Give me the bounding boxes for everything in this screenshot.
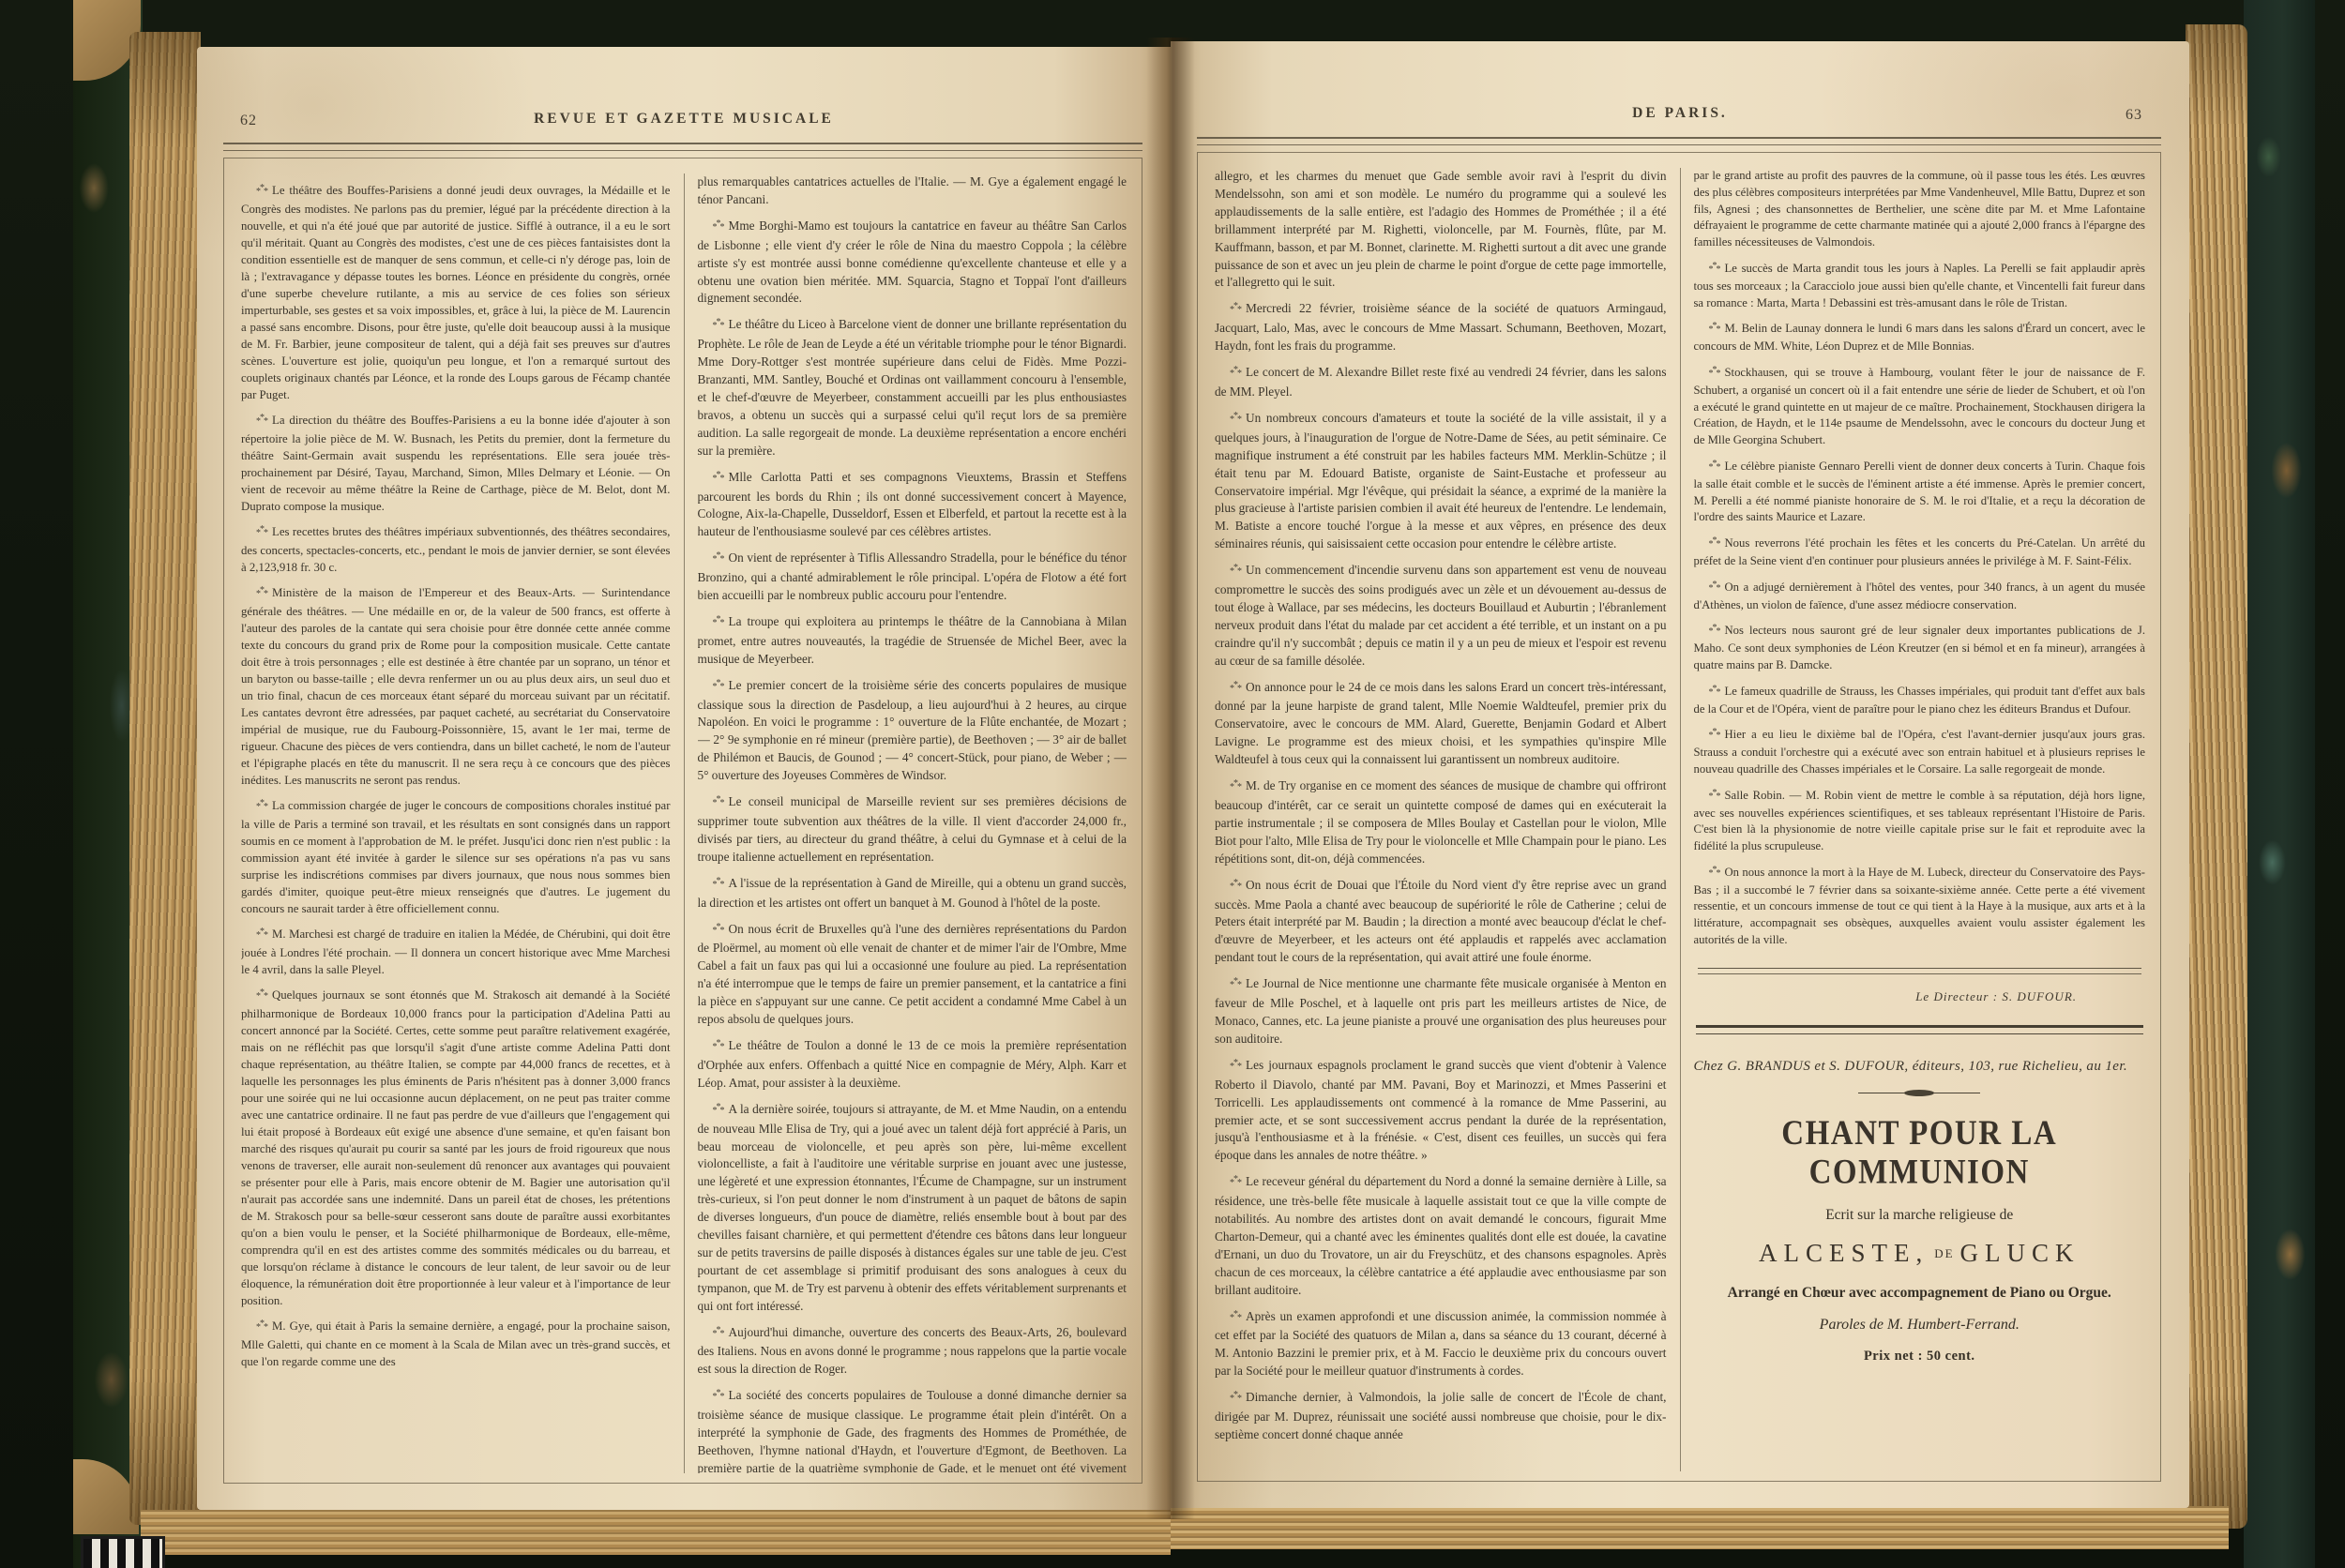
asterism-mark: *** — [713, 798, 724, 808]
asterism-mark: *** — [1230, 684, 1241, 694]
paragraph: ***La troupe qui exploitera au printemps… — [698, 605, 1127, 669]
paragraph: ***Ministère de la maison de l'Empereur … — [241, 576, 671, 789]
paragraph: ***On annonce pour le 24 de ce mois dans… — [1215, 671, 1667, 770]
page-edges-right — [2186, 24, 2247, 1529]
asterism-mark: *** — [1230, 1062, 1241, 1072]
director-signature: Le Directeur : S. DUFOUR. — [1694, 989, 2146, 1004]
paragraph: ***Le succès de Marta grandit tous les j… — [1694, 251, 2146, 311]
paragraph: ***On nous écrit de Douai que l'Étoile d… — [1215, 868, 1667, 968]
page-right: DE PARIS. 63 allegro, et les charmes du … — [1171, 41, 2189, 1508]
paragraph: ***On nous écrit de Bruxelles qu'à l'une… — [698, 912, 1127, 1029]
head-rule-right — [1197, 137, 2161, 145]
asterism-mark: *** — [1709, 626, 1720, 637]
asterism-mark: *** — [713, 222, 724, 233]
asterism-mark: *** — [1230, 369, 1241, 379]
paragraph: ***Nos lecteurs nous sauront gré de leur… — [1694, 613, 2146, 673]
page-edges-bottom-right — [1171, 1506, 2229, 1549]
asterism-mark: *** — [1230, 1178, 1241, 1188]
paragraph: ***Aujourd'hui dimanche, ouverture des c… — [698, 1316, 1127, 1380]
asterism-mark: *** — [1709, 792, 1720, 802]
asterism-mark: *** — [713, 1392, 724, 1402]
column-divider-right — [1680, 168, 1681, 1471]
paragraph: ***M. de Try organise en ce moment des s… — [1215, 769, 1667, 868]
text-frame-right: allegro, et les charmes du menuet que Ga… — [1197, 152, 2161, 1482]
paragraph: ***Les journaux espagnols proclament le … — [1215, 1048, 1667, 1165]
scan-scale-bar — [81, 1536, 165, 1568]
asterism-mark: *** — [256, 187, 267, 197]
paragraph: ***Hier a eu lieu le dixième bal de l'Op… — [1694, 717, 2146, 777]
paragraph: ***La commission chargée de juger le con… — [241, 789, 671, 917]
ad-work-title: ALCESTE,DEGLUCK — [1694, 1239, 2146, 1268]
paragraph: ***Nous reverrons l'été prochain les fêt… — [1694, 526, 2146, 570]
ad-price: Prix net : 50 cent. — [1694, 1349, 2146, 1364]
paragraph: par le grand artiste au profit des pauvr… — [1694, 168, 2146, 251]
paragraph: ***Mercredi 22 février, troisième séance… — [1215, 292, 1667, 355]
asterism-mark: *** — [256, 1322, 267, 1333]
paragraph: ***Les recettes brutes des théâtres impé… — [241, 515, 671, 576]
asterism-mark: *** — [256, 589, 267, 599]
page-edges-bottom-left — [141, 1510, 1171, 1555]
paragraph: ***M. Belin de Launay donnera le lundi 6… — [1694, 311, 2146, 355]
ad-title: CHANT POUR LA COMMUNION — [1694, 1114, 2146, 1192]
paragraph: ***Stockhausen, qui se trouve à Hambourg… — [1694, 355, 2146, 449]
asterism-mark: *** — [1230, 305, 1241, 315]
page-left: 62 REVUE ET GAZETTE MUSICALE ***Le théât… — [197, 47, 1171, 1510]
paragraph: ***A la dernière soirée, toujours si att… — [698, 1093, 1127, 1316]
paragraph: ***Le premier concert de la troisième sé… — [698, 669, 1127, 785]
divider-ornament — [1858, 1090, 1980, 1096]
paragraph: ***Le théâtre des Bouffes-Parisiens a do… — [241, 173, 671, 403]
paragraph: ***Le célèbre pianiste Gennaro Perelli v… — [1694, 449, 2146, 526]
paragraph: ***Quelques journaux se sont étonnés que… — [241, 978, 671, 1309]
asterism-mark: *** — [1709, 539, 1720, 550]
photo-background: 62 REVUE ET GAZETTE MUSICALE ***Le théât… — [0, 0, 2345, 1568]
asterism-mark: *** — [713, 321, 724, 331]
paragraph: plus remarquables cantatrices actuelles … — [698, 173, 1127, 209]
asterism-mark: *** — [1709, 462, 1720, 473]
advertisement: CHANT POUR LA COMMUNION Ecrit sur la mar… — [1694, 1102, 2146, 1364]
ad-work-alceste: ALCESTE, — [1759, 1239, 1929, 1267]
asterism-mark: *** — [713, 682, 724, 692]
asterism-mark: *** — [256, 991, 267, 1002]
paragraph: ***On nous annonce la mort à la Haye de … — [1694, 855, 2146, 949]
asterism-mark: *** — [256, 802, 267, 812]
asterism-mark: *** — [713, 880, 724, 890]
paragraph: ***Le Journal de Nice mentionne une char… — [1215, 967, 1667, 1048]
asterism-mark: *** — [713, 1042, 724, 1052]
asterism-mark: *** — [1709, 324, 1720, 335]
asterism-mark: *** — [1230, 415, 1241, 425]
ad-arrangement: Arrangé en Chœur avec accompagnement de … — [1694, 1285, 2146, 1302]
asterism-mark: *** — [1709, 868, 1720, 879]
text-frame-left: ***Le théâtre des Bouffes-Parisiens a do… — [223, 158, 1142, 1484]
paragraph: ***Le conseil municipal de Marseille rev… — [698, 785, 1127, 867]
asterism-mark: *** — [713, 1329, 724, 1339]
paragraph: ***Un nombreux concours d'amateurs et to… — [1215, 401, 1667, 553]
column-right-2: par le grand artiste au profit des pauvr… — [1694, 168, 2146, 949]
thick-rule — [1696, 1025, 2144, 1034]
asterism-mark: *** — [1230, 566, 1241, 577]
paragraph: ***La société des concerts populaires de… — [698, 1379, 1127, 1473]
paragraph: ***Mlle Carlotta Patti et ses compagnons… — [698, 460, 1127, 542]
column-right-2-wrap: par le grand artiste au profit des pauvr… — [1694, 168, 2146, 1471]
paragraph: ***Le concert de M. Alexandre Billet res… — [1215, 355, 1667, 401]
paragraph: ***Le théâtre de Toulon a donné le 13 de… — [698, 1029, 1127, 1093]
ad-work-de: DE — [1934, 1246, 1954, 1260]
asterism-mark: *** — [256, 416, 267, 427]
asterism-mark: *** — [1230, 1313, 1241, 1323]
paragraph: ***M. Marchesi est chargé de traduire en… — [241, 917, 671, 978]
asterism-mark: *** — [1230, 782, 1241, 792]
page-number-right: 63 — [2126, 107, 2142, 124]
ad-paroles: Paroles de M. Humbert-Ferrand. — [1694, 1317, 2146, 1334]
column-left-1: ***Le théâtre des Bouffes-Parisiens a do… — [241, 173, 671, 1473]
asterism-mark: *** — [256, 930, 267, 941]
paragraph: ***La direction du théâtre des Bouffes-P… — [241, 403, 671, 515]
asterism-mark: *** — [1230, 1394, 1241, 1404]
running-head-left: REVUE ET GAZETTE MUSICALE — [197, 111, 1171, 128]
page-edges-left — [129, 32, 201, 1525]
book-cover-right — [2244, 0, 2315, 1568]
asterism-mark: *** — [1709, 583, 1720, 594]
paragraph: allegro, et les charmes du menuet que Ga… — [1215, 168, 1667, 292]
asterism-mark: *** — [713, 926, 724, 936]
paragraph: ***M. Gye, qui était à Paris la semaine … — [241, 1309, 671, 1370]
asterism-mark: *** — [713, 554, 724, 565]
paragraph: ***Dimanche dernier, à Valmondois, la jo… — [1215, 1380, 1667, 1444]
paragraph: ***Un commencement d'incendie survenu da… — [1215, 553, 1667, 670]
ad-subtitle: Ecrit sur la marche religieuse de — [1694, 1207, 2146, 1224]
publisher-line: Chez G. BRANDUS et S. DUFOUR, éditeurs, … — [1694, 1059, 2146, 1075]
running-head-right: DE PARIS. — [1171, 105, 2189, 122]
asterism-mark: *** — [1230, 980, 1241, 990]
asterism-mark: *** — [1230, 882, 1241, 892]
column-right-1: allegro, et les charmes du menuet que Ga… — [1215, 168, 1667, 1471]
paragraph: ***On a adjugé dernièrement à l'hôtel de… — [1694, 570, 2146, 614]
asterism-mark: *** — [1709, 369, 1720, 379]
paragraph: ***A l'issue de la représentation à Gand… — [698, 867, 1127, 912]
ad-work-gluck: GLUCK — [1960, 1239, 2080, 1267]
column-left-2: plus remarquables cantatrices actuelles … — [698, 173, 1127, 1473]
head-rule-left — [223, 143, 1142, 151]
asterism-mark: *** — [256, 528, 267, 538]
asterism-mark: *** — [1709, 731, 1720, 741]
asterism-mark: *** — [1709, 264, 1720, 275]
paragraph: ***Le receveur général du département du… — [1215, 1165, 1667, 1299]
paragraph: ***Après un examen approfondi et une dis… — [1215, 1300, 1667, 1381]
asterism-mark: *** — [713, 1106, 724, 1116]
asterism-mark: *** — [713, 618, 724, 628]
paragraph: ***Salle Robin. — M. Robin vient de mett… — [1694, 778, 2146, 855]
asterism-mark: *** — [713, 474, 724, 484]
paragraph: ***Le théâtre du Liceo à Barcelone vient… — [698, 308, 1127, 460]
column-divider-left — [684, 173, 685, 1473]
double-rule — [1698, 968, 2142, 974]
asterism-mark: *** — [1709, 687, 1720, 698]
paragraph: ***Mme Borghi-Mamo est toujours la canta… — [698, 209, 1127, 309]
paragraph: ***On vient de représenter à Tiflis Alle… — [698, 541, 1127, 605]
paragraph: ***Le fameux quadrille de Strauss, les C… — [1694, 674, 2146, 718]
